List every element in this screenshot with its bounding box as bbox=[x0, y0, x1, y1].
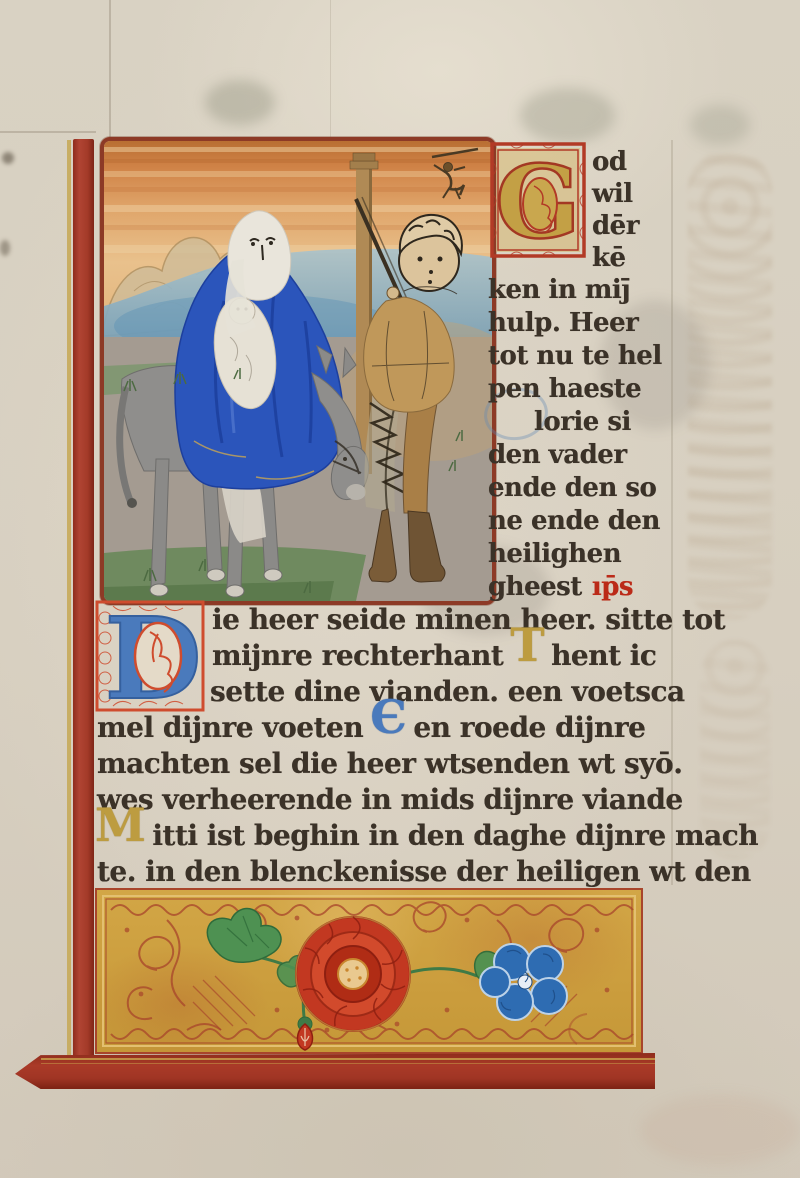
text-span: itti ist beghin in den daghe dijnre mach bbox=[152, 819, 758, 853]
text-line: den vader bbox=[488, 439, 627, 471]
crimson-bottom-bar bbox=[15, 1053, 655, 1089]
ruling-line bbox=[330, 0, 331, 137]
miniature-painting bbox=[104, 141, 492, 601]
text-line: M itti ist beghin in den daghe dijnre ma… bbox=[95, 819, 758, 853]
verso-showthrough bbox=[688, 150, 772, 620]
ruling-line bbox=[109, 0, 111, 140]
text-line: wes verheerende in mids dijnre viande bbox=[97, 783, 683, 817]
text-line: mijnre rechterhant T hent ic bbox=[212, 639, 656, 673]
text-span: mel dijnre voeten bbox=[97, 711, 363, 745]
manuscript-page-photo: G D od wil dēr kē ken in mij̄ hulp. Heer… bbox=[0, 0, 800, 1178]
parchment-stain bbox=[0, 240, 10, 256]
gold-pinstripe bbox=[41, 1058, 655, 1060]
text-line: heilighen bbox=[488, 538, 621, 570]
parchment-stain bbox=[205, 80, 275, 125]
text-line: sette dine vianden. een voetsca bbox=[210, 675, 685, 709]
text-line: pen haeste bbox=[488, 373, 641, 405]
versal-initial-m: M bbox=[95, 812, 145, 838]
text-span: en roede dijnre bbox=[413, 711, 645, 745]
text-line: gheest ıp̄s bbox=[488, 571, 633, 603]
versal-initial-t: T bbox=[510, 632, 544, 658]
text-line: machten sel die heer wtsenden wt syō. bbox=[97, 747, 682, 781]
text-line: ne ende den bbox=[488, 505, 660, 537]
versal-initial-e: Є bbox=[370, 704, 406, 730]
ruling-line bbox=[0, 131, 96, 133]
parchment-stain bbox=[690, 105, 750, 145]
gold-frame-line bbox=[67, 140, 71, 1082]
text-line: tot nu te hel bbox=[488, 340, 662, 372]
parchment-stain bbox=[2, 152, 14, 164]
gold-pinstripe bbox=[41, 1063, 655, 1064]
text-line: hulp. Heer bbox=[488, 307, 638, 339]
parchment-stain bbox=[640, 1095, 800, 1165]
floral-border bbox=[95, 888, 643, 1054]
text-line: ken in mij̄ bbox=[488, 274, 630, 306]
closing-word: gheest bbox=[488, 571, 582, 603]
text-line: ende den so bbox=[488, 472, 656, 504]
illuminated-initial-g: G bbox=[490, 142, 586, 260]
text-span: hent ic bbox=[551, 639, 656, 673]
text-line: te. in den blenckenisse der heiligen wt … bbox=[97, 855, 751, 889]
text-span: mijnre rechterhant bbox=[212, 639, 503, 673]
text-line: lorie si bbox=[534, 406, 631, 438]
text-line: dēr bbox=[592, 210, 639, 242]
crimson-side-bar bbox=[73, 139, 94, 1083]
rose-bud bbox=[298, 1017, 313, 1050]
illuminated-initial-d: D bbox=[95, 600, 205, 712]
text-line: od bbox=[592, 146, 627, 178]
text-line: kē bbox=[592, 242, 626, 274]
text-line: ie heer seide minen heer. sitte tot bbox=[212, 603, 725, 637]
flight-into-egypt-miniature bbox=[100, 137, 496, 605]
psalm-rubric: ıp̄s bbox=[592, 571, 633, 603]
parchment-stain bbox=[520, 88, 615, 143]
text-line: mel dijnre voeten Є en roede dijnre bbox=[97, 711, 645, 745]
red-rose bbox=[296, 917, 410, 1031]
text-line: wil bbox=[592, 178, 633, 210]
